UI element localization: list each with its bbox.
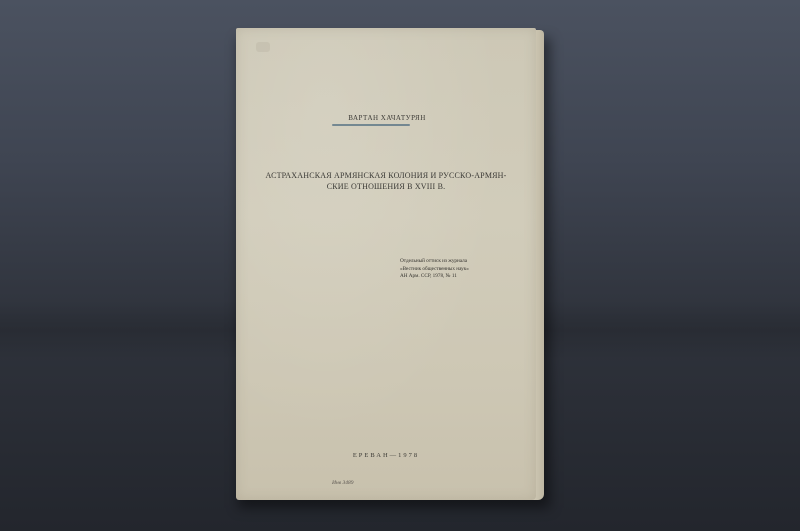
author-underline-mark (332, 124, 410, 126)
document-title: АСТРАХАНСКАЯ АРМЯНСКАЯ КОЛОНИЯ И РУССКО-… (250, 170, 522, 192)
offprint-note: Отдельный оттиск из журнала «Вестник общ… (400, 258, 510, 281)
offprint-line-2: «Вестник общественных наук» (400, 266, 510, 274)
title-line-2: СКИЕ ОТНОШЕНИЯ В XVIII в. (250, 181, 522, 192)
city-year: ЕРЕВАН—1978 (316, 452, 456, 459)
document-cover: ВАРТАН ХАЧАТУРЯН АСТРАХАНСКАЯ АРМЯНСКАЯ … (236, 28, 536, 500)
inventory-handwriting: Инв 3489 (332, 480, 353, 486)
offprint-line-3: АН Арм. ССР, 1978, № 11 (400, 273, 510, 281)
corner-mark (256, 42, 270, 52)
title-line-1: АСТРАХАНСКАЯ АРМЯНСКАЯ КОЛОНИЯ И РУССКО-… (250, 170, 522, 181)
offprint-line-1: Отдельный оттиск из журнала (400, 258, 510, 266)
author-name: ВАРТАН ХАЧАТУРЯН (312, 114, 462, 122)
